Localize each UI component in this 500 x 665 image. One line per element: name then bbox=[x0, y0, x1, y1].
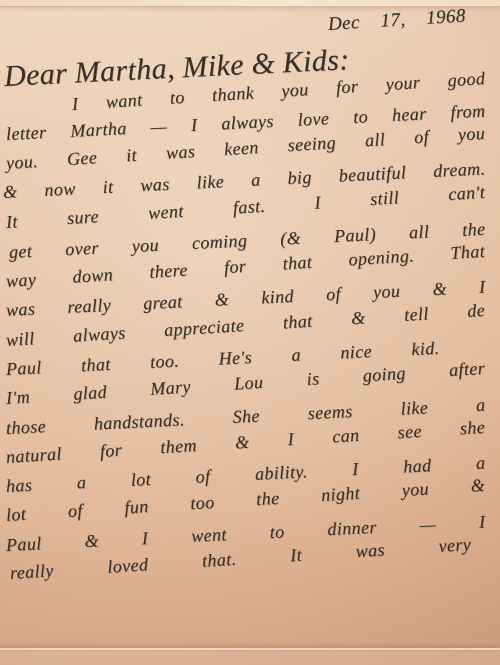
paper-below-crease bbox=[0, 650, 500, 665]
letter-page: Dec17,1968 DearMartha,Mike&Kids: Iwantto… bbox=[0, 0, 500, 665]
letter-date: Dec17,1968 bbox=[327, 4, 466, 37]
